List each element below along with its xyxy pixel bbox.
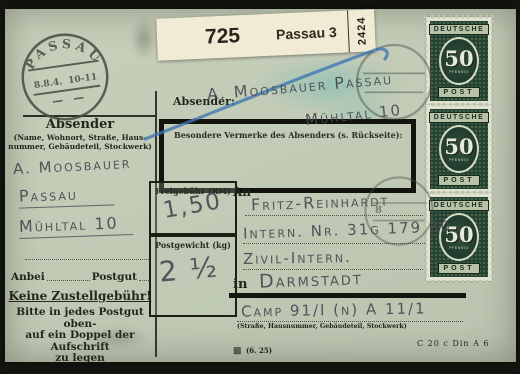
recipient-to-label: An: [233, 185, 251, 199]
sender-city-handwritten: Passau: [19, 183, 115, 208]
anbei-label: Anbei: [11, 271, 45, 283]
stamp-post-text: POST: [438, 87, 479, 98]
postmark-passau: PASSAU 8.8.4. 10-11: [11, 23, 119, 131]
recipient-camp-line: Camp 91/I (n) A 11/1: [241, 299, 427, 320]
postmark-city: PASSAU: [19, 30, 108, 77]
stamp-unit: PFENNIG: [449, 70, 469, 74]
recipient-address-hint: (Straße, Hausnummer, Gebäudeteil, Stockw…: [237, 323, 407, 330]
anbei-fill-line: [47, 280, 90, 281]
stamp-value-oval: 50 PFENNIG: [439, 37, 479, 85]
stamp-country-text: DEUTSCHE: [429, 24, 490, 35]
label-side-strip: 2424: [347, 9, 376, 52]
weight-value: 2 ½: [158, 250, 221, 288]
instruction-line-3: zu legen: [5, 353, 155, 365]
gray-stain: [131, 17, 157, 59]
sender-name-handwritten: A. Moosbauer: [13, 154, 132, 178]
post-office-name: Passau 3: [276, 24, 337, 43]
remarks-box-label: Besondere Vermerke des Absenders (s. Rüc…: [174, 130, 411, 140]
anbei-postgut-row: Anbei Postgut: [11, 271, 151, 283]
postmark-time: 10-11: [68, 71, 98, 86]
label-side-number: 2424: [355, 16, 368, 45]
routing-number: 725: [205, 24, 241, 50]
postmark-date: 8.8.4.: [33, 76, 63, 91]
postgut-label: Postgut: [92, 271, 137, 283]
stamp-country-text: DEUTSCHE: [429, 112, 490, 123]
recipient-city-bar: [229, 293, 466, 298]
print-mark-note: (6. 25): [246, 346, 272, 355]
form-code: C 20 c Din A 6: [417, 339, 490, 348]
stamp-unit: PFENNIG: [449, 158, 469, 162]
sender-column-dotted-rule: [25, 259, 151, 260]
partial-postmark-bottom: [359, 171, 439, 251]
recipient-in-label: in: [233, 277, 247, 292]
recipient-camp-rule: [237, 321, 463, 322]
print-mark-symbol: ▩: [233, 345, 242, 355]
stamp-denomination: 50: [444, 49, 473, 69]
gray-stain-bottom: [85, 327, 149, 349]
stamp-denomination: 50: [444, 137, 473, 157]
recipient-status-line: Zivil-Intern.: [243, 248, 352, 268]
print-mark: ▩ (6. 25): [233, 340, 272, 358]
stamp-post-text: POST: [438, 175, 479, 186]
no-delivery-fee-note: Keine Zustellgebühr!: [5, 289, 155, 303]
stamp-value-oval: 50 PFENNIG: [439, 125, 479, 173]
stamp-design: DEUTSCHE 50 PFENNIG POST: [430, 21, 488, 101]
weight-label: Postgewicht (kg): [151, 237, 235, 250]
weight-box: Postgewicht (kg) 2 ½: [149, 235, 237, 317]
sender-column-subtitle-2: nummer, Gebäudeteil, Stockwerk): [5, 143, 155, 152]
sender-street-handwritten: Mühltal 10: [19, 213, 133, 239]
recipient-city: Darmstadt: [259, 267, 364, 293]
stamp-post-text: POST: [438, 263, 479, 274]
franking-fee-box: Freigebühr (RM) 1,50: [149, 181, 237, 235]
routing-label: 725 Passau 3 2424: [156, 9, 376, 60]
svg-text:PASSAU: PASSAU: [19, 30, 108, 77]
stamp-unit: PFENNIG: [449, 246, 469, 250]
parcel-card: 725 Passau 3 2424 PASSAU 8.8.4. 10-11 Ab…: [5, 9, 516, 362]
